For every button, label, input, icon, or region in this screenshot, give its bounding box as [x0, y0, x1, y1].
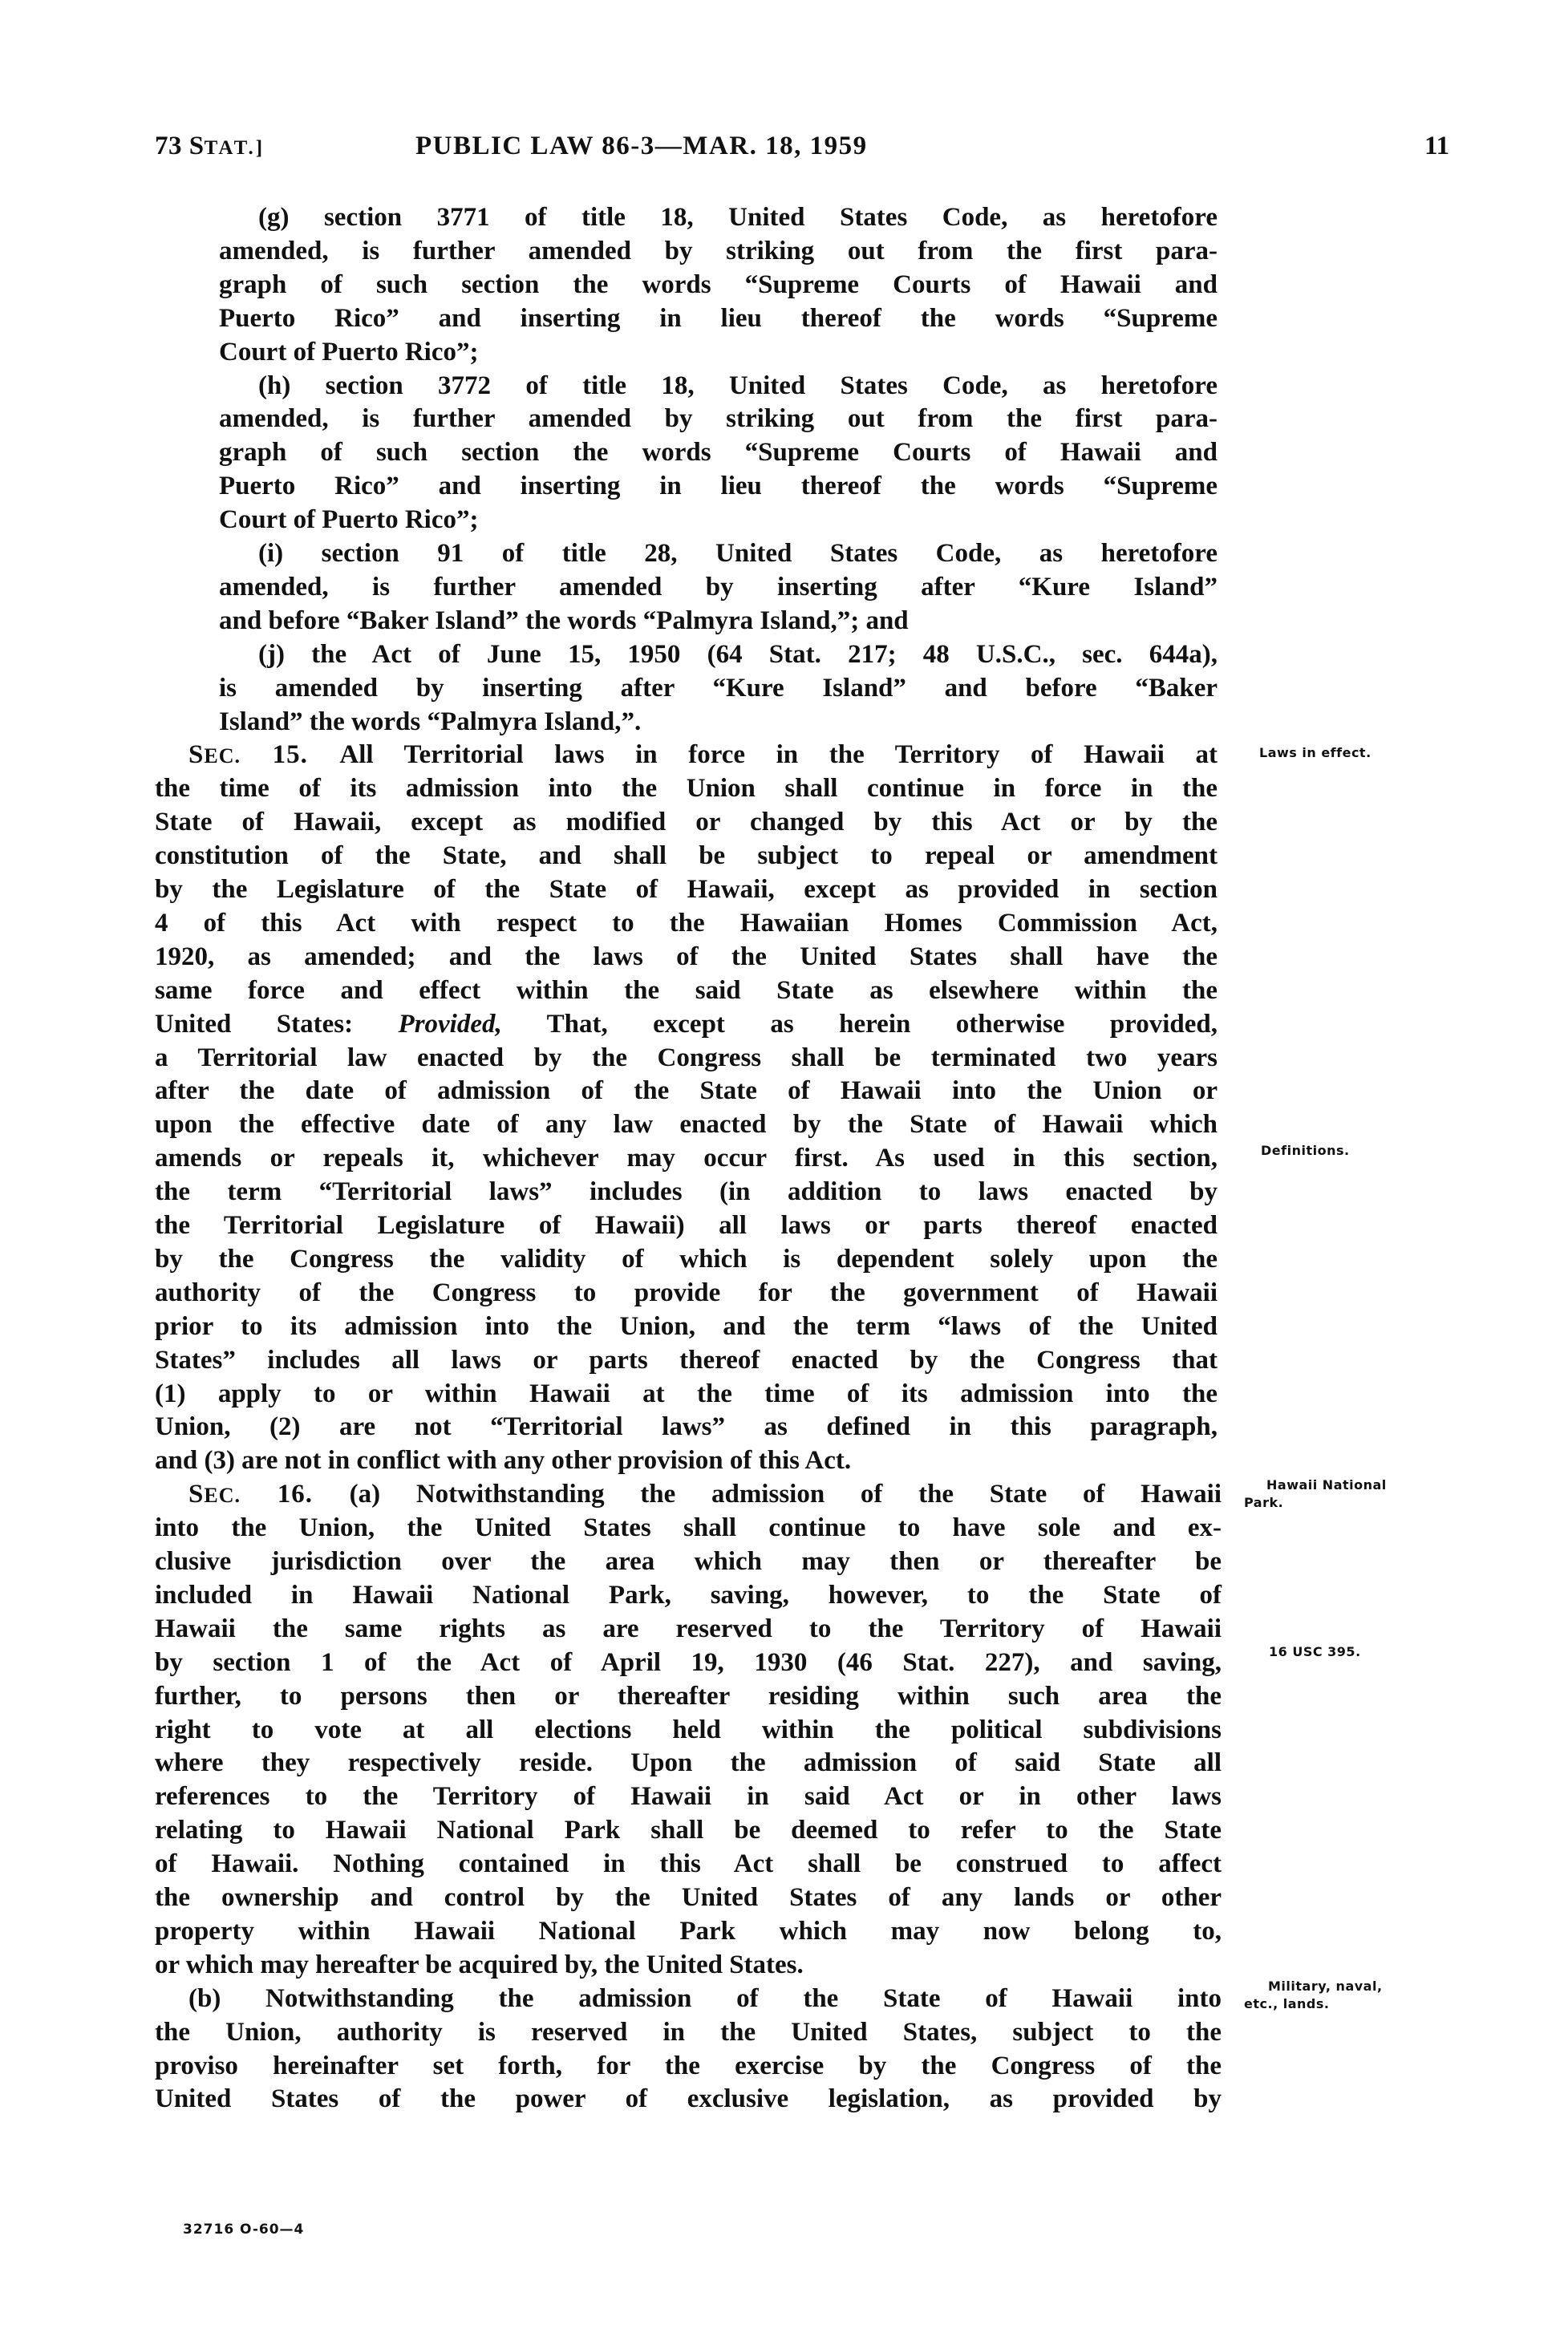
text-line: United States of the power of exclusive … [155, 2082, 1222, 2116]
text-line: Union, (2) are not “Territorial laws” as… [155, 1410, 1218, 1444]
text-line: State of Hawaii, except as modified or c… [155, 805, 1218, 839]
text-line: 1920, as amended; and the laws of the Un… [155, 940, 1218, 974]
text-line: authority of the Congress to provide for… [155, 1276, 1218, 1310]
text-line: (i) section 91 of title 28, United State… [258, 537, 1218, 570]
text-line: 4 of this Act with respect to the Hawaii… [155, 906, 1218, 940]
text-line: constitution of the State, and shall be … [155, 839, 1218, 873]
text-line: and (3) are not in conflict with any oth… [155, 1444, 1218, 1477]
text-line: by the Legislature of the State of Hawai… [155, 873, 1218, 906]
text-line: (1) apply to or within Hawaii at the tim… [155, 1377, 1218, 1411]
margin-note-line: Definitions. [1261, 1142, 1350, 1160]
margin-note-line: etc., lands. [1244, 1995, 1383, 2013]
text-line: amended, is further amended by inserting… [219, 570, 1218, 604]
text-line: Puerto Rico” and inserting in lieu there… [219, 302, 1218, 335]
text-line: the time of its admission into the Union… [155, 772, 1218, 805]
text-line: or which may hereafter be acquired by, t… [155, 1948, 1222, 1982]
text-line: property within Hawaii National Park whi… [155, 1914, 1222, 1948]
margin-note: Military, naval,etc., lands. [1244, 1978, 1383, 2013]
text-line: included in Hawaii National Park, saving… [155, 1578, 1222, 1612]
text-line: by the Congress the validity of which is… [155, 1242, 1218, 1276]
text-line: after the date of admission of the State… [155, 1074, 1218, 1108]
text-line: graph of such section the words “Supreme… [219, 435, 1218, 469]
text-line: (j) the Act of June 15, 1950 (64 Stat. 2… [258, 638, 1218, 671]
margin-note: Hawaii NationalPark. [1244, 1476, 1387, 1512]
text-line: SEC. 15. All Territorial laws in force i… [188, 738, 1218, 772]
text-line: by section 1 of the Act of April 19, 193… [155, 1646, 1222, 1679]
volume-number: 73 [155, 132, 182, 160]
text-line: and before “Baker Island” the words “Pal… [219, 604, 1218, 638]
text-line: right to vote at all elections held with… [155, 1713, 1222, 1747]
running-head-volume: 73 STAT.] [155, 131, 265, 164]
text-line: references to the Territory of Hawaii in… [155, 1780, 1222, 1813]
page-number: 11 [1424, 131, 1449, 161]
text-line: Court of Puerto Rico”; [219, 503, 1218, 537]
text-line: clusive jurisdiction over the area which… [155, 1545, 1222, 1578]
text-line: Puerto Rico” and inserting in lieu there… [219, 469, 1218, 503]
document-page: 73 STAT.] PUBLIC LAW 86-3—MAR. 18, 1959 … [0, 0, 1568, 2329]
text-line: Court of Puerto Rico”; [219, 335, 1218, 369]
text-line: further, to persons then or thereafter r… [155, 1679, 1222, 1713]
text-line: States” includes all laws or parts there… [155, 1343, 1218, 1377]
margin-note-line: Laws in effect. [1259, 744, 1371, 762]
volume-label-cap: S [189, 132, 205, 160]
text-line: same force and effect within the said St… [155, 974, 1218, 1007]
section-label: SEC. 16. [188, 1484, 350, 1507]
margin-note-line: 16 USC 395. [1269, 1643, 1361, 1661]
text-line: prior to its admission into the Union, a… [155, 1310, 1218, 1343]
section-label: SEC. 15. [188, 744, 339, 768]
margin-note: 16 USC 395. [1269, 1643, 1361, 1661]
text-line: is amended by inserting after “Kure Isla… [219, 671, 1218, 705]
text-line: amends or repeals it, whichever may occu… [155, 1141, 1218, 1175]
text-line: where they respectively reside. Upon the… [155, 1746, 1222, 1780]
text-line: relating to Hawaii National Park shall b… [155, 1813, 1222, 1847]
margin-note-line: Military, naval, [1244, 1978, 1383, 1995]
text-line: United States: Provided, That, except as… [155, 1007, 1218, 1041]
margin-note: Definitions. [1261, 1142, 1350, 1160]
text-line: amended, is further amended by striking … [219, 234, 1218, 268]
text-line: amended, is further amended by striking … [219, 402, 1218, 435]
text-line: upon the effective date of any law enact… [155, 1108, 1218, 1141]
margin-note-line: Park. [1244, 1494, 1387, 1512]
text-line: (b) Notwithstanding the admission of the… [188, 1982, 1222, 2015]
margin-note: Laws in effect. [1259, 744, 1371, 762]
print-code: 32716 O-60—4 [183, 2222, 304, 2238]
text-line: into the Union, the United States shall … [155, 1511, 1222, 1545]
text-line: the Union, authority is reserved in the … [155, 2015, 1222, 2049]
text-line: Hawaii the same rights as are reserved t… [155, 1612, 1222, 1646]
text-line: Island” the words “Palmyra Island,”. [219, 705, 1218, 739]
italic-term: Provided, [399, 1010, 502, 1039]
running-head-title: PUBLIC LAW 86-3—MAR. 18, 1959 [415, 131, 868, 161]
text-line: the term “Territorial laws” includes (in… [155, 1175, 1218, 1209]
margin-note-line: Hawaii National [1244, 1476, 1387, 1494]
text-line: (h) section 3772 of title 18, United Sta… [258, 369, 1218, 403]
text-line: a Territorial law enacted by the Congres… [155, 1041, 1218, 1075]
text-line: the Territorial Legislature of Hawaii) a… [155, 1209, 1218, 1242]
text-line: of Hawaii. Nothing contained in this Act… [155, 1847, 1222, 1881]
volume-label-rest: TAT.] [205, 137, 265, 159]
text-line: the ownership and control by the United … [155, 1881, 1222, 1914]
text-line: (g) section 3771 of title 18, United Sta… [258, 200, 1218, 234]
text-line: SEC. 16. (a) Notwithstanding the admissi… [188, 1477, 1222, 1511]
text-line: proviso hereinafter set forth, for the e… [155, 2049, 1222, 2083]
text-line: graph of such section the words “Supreme… [219, 268, 1218, 302]
